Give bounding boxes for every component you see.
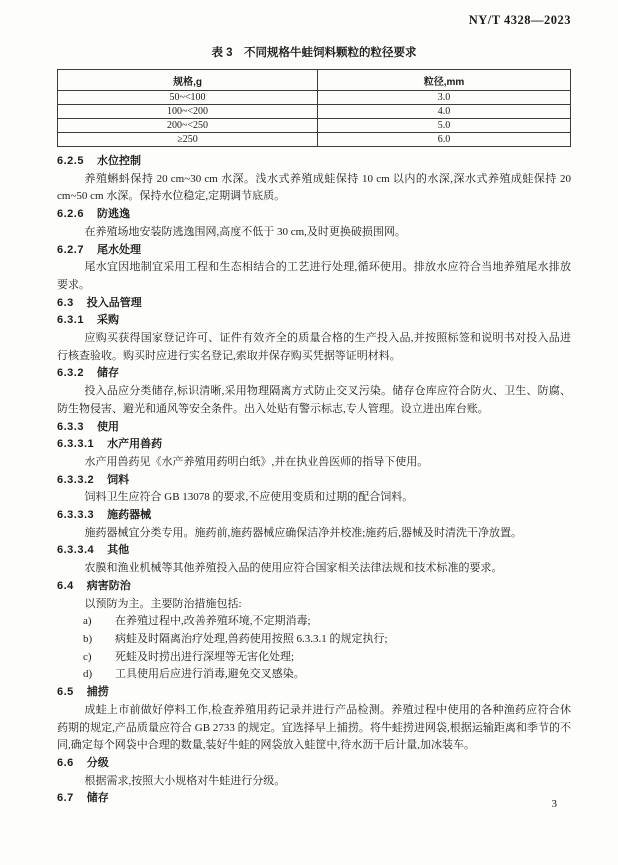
section-title: 施药器械 (107, 509, 151, 521)
standard-code: NY/T 4328—2023 (57, 13, 571, 28)
paragraph: 农膜和渔业机械等其他养殖投入品的使用应符合国家相关法律法规和技术标准的要求。 (57, 560, 571, 578)
list-text: 病蛙及时隔离治疗处理,兽药使用按照 6.3.3.1 的规定执行; (115, 631, 571, 649)
section-title: 其他 (107, 544, 129, 556)
cell-size: 6.0 (318, 133, 571, 147)
section-title: 使用 (97, 421, 119, 433)
paragraph: 根据需求,按照大小规格对牛蛙进行分级。 (57, 773, 571, 791)
section-heading-6-7: 6.7储存 (57, 790, 571, 808)
section-heading-6-3-2: 6.3.2储存 (57, 365, 571, 383)
paragraph: 在养殖场地安装防逃逸围网,高度不低于 30 cm,及时更换破损围网。 (57, 224, 571, 242)
section-number: 6.3.1 (57, 312, 84, 330)
section-title: 投入品管理 (87, 297, 142, 309)
col-header-size: 粒径,mm (318, 70, 571, 91)
section-title: 储存 (97, 367, 119, 379)
list-text: 死蛙及时捞出进行深埋等无害化处理; (115, 649, 571, 667)
pellet-size-table: 规格,g 粒径,mm 50~<100 3.0 100~<200 4.0 200~… (57, 69, 571, 147)
section-title: 饲料 (107, 474, 129, 486)
section-heading-6-3-3: 6.3.3使用 (57, 419, 571, 437)
section-heading-6-4: 6.4病害防治 (57, 578, 571, 596)
section-heading-6-3-3-1: 6.3.3.1水产用兽药 (57, 436, 571, 454)
col-header-spec: 规格,g (58, 70, 318, 91)
paragraph: 成蛙上市前做好停料工作,检查养殖用药记录并进行产品检测。养殖过程中使用的各种渔药… (57, 702, 571, 755)
section-number: 6.6 (57, 755, 74, 773)
paragraph: 施药器械宜分类专用。施药前,施药器械应确保洁净并校准;施药后,器械及时清洗干净放… (57, 525, 571, 543)
section-heading-6-2-6: 6.2.6防逃逸 (57, 206, 571, 224)
list-item-d: d)工具使用后应进行消毒,避免交叉感染。 (57, 666, 571, 684)
section-title: 尾水处理 (97, 244, 141, 256)
section-number: 6.3 (57, 295, 74, 313)
section-heading-6-3-1: 6.3.1采购 (57, 312, 571, 330)
list-text: 工具使用后应进行消毒,避免交叉感染。 (115, 666, 571, 684)
table-row: ≥250 6.0 (58, 133, 571, 147)
section-heading-6-3-3-4: 6.3.3.4其他 (57, 542, 571, 560)
table-row: 200~<250 5.0 (58, 119, 571, 133)
section-number: 6.3.3.2 (57, 472, 94, 490)
cell-size: 5.0 (318, 119, 571, 133)
list-marker: d) (83, 666, 115, 684)
section-title: 捕捞 (87, 686, 109, 698)
document-body: 6.2.5水位控制 养殖蝌蚪保持 20 cm~30 cm 水深。浅水式养殖成蛙保… (57, 153, 571, 808)
cell-size: 3.0 (318, 91, 571, 105)
paragraph: 以预防为主。主要防治措施包括: (57, 596, 571, 614)
section-number: 6.2.5 (57, 153, 84, 171)
list-marker: b) (83, 631, 115, 649)
section-heading-6-3-3-2: 6.3.3.2饲料 (57, 472, 571, 490)
section-title: 分级 (87, 757, 109, 769)
section-heading-6-6: 6.6分级 (57, 755, 571, 773)
section-number: 6.4 (57, 578, 74, 596)
list-text: 在养殖过程中,改善养殖环境,不定期消毒; (115, 613, 571, 631)
paragraph: 投入品应分类储存,标识清晰,采用物理隔离方式防止交叉污染。储存仓库应符合防火、卫… (57, 383, 571, 418)
table-header-row: 规格,g 粒径,mm (58, 70, 571, 91)
section-number: 6.2.6 (57, 206, 84, 224)
section-title: 采购 (97, 314, 119, 326)
list-marker: a) (83, 613, 115, 631)
list-item-b: b)病蛙及时隔离治疗处理,兽药使用按照 6.3.3.1 的规定执行; (57, 631, 571, 649)
cell-spec: 100~<200 (58, 105, 318, 119)
section-number: 6.7 (57, 790, 74, 808)
section-title: 储存 (87, 792, 109, 804)
section-number: 6.3.3.3 (57, 507, 94, 525)
section-heading-6-2-7: 6.2.7尾水处理 (57, 242, 571, 260)
section-number: 6.3.3 (57, 419, 84, 437)
section-number: 6.5 (57, 684, 74, 702)
section-heading-6-2-5: 6.2.5水位控制 (57, 153, 571, 171)
paragraph: 水产用兽药见《水产养殖用药明白纸》,并在执业兽医师的指导下使用。 (57, 454, 571, 472)
section-title: 水产用兽药 (107, 438, 162, 450)
section-number: 6.3.2 (57, 365, 84, 383)
page-number: 3 (552, 798, 558, 810)
paragraph: 尾水宜因地制宜采用工程和生态相结合的工艺进行处理,循环使用。排放水应符合当地养殖… (57, 259, 571, 294)
section-title: 防逃逸 (97, 208, 130, 220)
table-row: 50~<100 3.0 (58, 91, 571, 105)
document-page: NY/T 4328—2023 表 3 不同规格牛蛙饲料颗粒的粒径要求 规格,g … (0, 0, 618, 865)
list-item-c: c)死蛙及时捞出进行深埋等无害化处理; (57, 649, 571, 667)
cell-spec: 200~<250 (58, 119, 318, 133)
section-title: 病害防治 (87, 580, 131, 592)
paragraph: 应购买获得国家登记许可、证件有效齐全的质量合格的生产投入品,并按照标签和说明书对… (57, 330, 571, 365)
paragraph: 养殖蝌蚪保持 20 cm~30 cm 水深。浅水式养殖成蛙保持 10 cm 以内… (57, 171, 571, 206)
table-title: 表 3 不同规格牛蛙饲料颗粒的粒径要求 (57, 44, 571, 60)
cell-spec: 50~<100 (58, 91, 318, 105)
list-marker: c) (83, 649, 115, 667)
section-title: 水位控制 (97, 155, 141, 167)
section-number: 6.3.3.4 (57, 542, 94, 560)
section-heading-6-3: 6.3投入品管理 (57, 295, 571, 313)
section-number: 6.2.7 (57, 242, 84, 260)
cell-spec: ≥250 (58, 133, 318, 147)
section-heading-6-5: 6.5捕捞 (57, 684, 571, 702)
section-number: 6.3.3.1 (57, 436, 94, 454)
cell-size: 4.0 (318, 105, 571, 119)
section-heading-6-3-3-3: 6.3.3.3施药器械 (57, 507, 571, 525)
table-row: 100~<200 4.0 (58, 105, 571, 119)
list-item-a: a)在养殖过程中,改善养殖环境,不定期消毒; (57, 613, 571, 631)
paragraph: 饲料卫生应符合 GB 13078 的要求,不应使用变质和过期的配合饲料。 (57, 489, 571, 507)
